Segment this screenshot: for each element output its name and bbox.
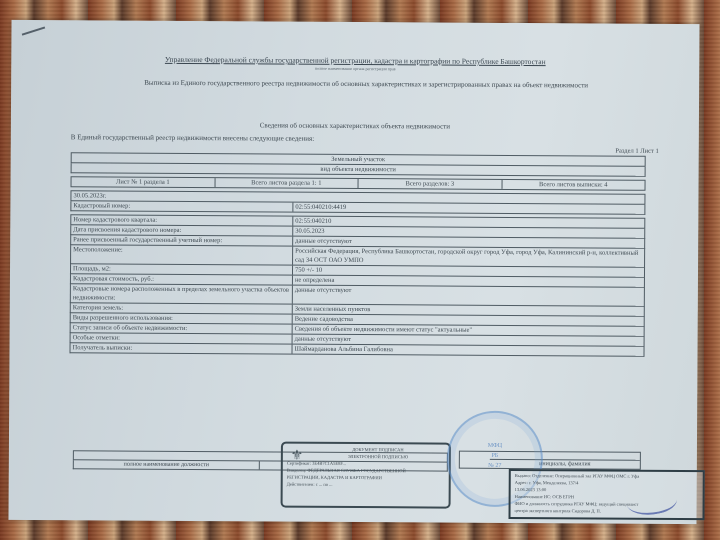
- field-label: Ранее присвоенный государственный учетны…: [71, 235, 293, 245]
- field-label: Категория земель:: [71, 303, 293, 313]
- section-label: Раздел 1 Лист 1: [615, 148, 658, 155]
- intro-text: В Единый государственный реестр недвижим…: [71, 133, 314, 142]
- field-value: Шаймарданова Альбина Галибовна: [293, 345, 644, 356]
- pen-mark: [22, 26, 45, 35]
- header-table: Земельный участок вид объекта недвижимос…: [70, 152, 645, 215]
- field-label: Особые отметки:: [71, 333, 293, 343]
- cadastral-number-row: Кадастровый номер: 02:55:040210:4419: [70, 201, 645, 215]
- field-label: Дата присвоения кадастрового номера:: [71, 225, 293, 235]
- electronic-signature-box: ⚜ ДОКУМЕНТ ПОДПИСАН ЭЛЕКТРОННОЙ ПОДПИСЬЮ…: [281, 442, 451, 509]
- total-sections: Всего разделов: 3: [359, 179, 503, 189]
- position-caption: полное наименование должности: [74, 460, 260, 469]
- coat-of-arms-icon: ⚜: [289, 448, 305, 466]
- field-label: Номер кадастрового квартала:: [71, 215, 293, 225]
- info-title: Сведения об основных характеристиках объ…: [11, 120, 699, 132]
- cadastral-number-label: Кадастровый номер:: [71, 201, 293, 211]
- field-label: Площадь, м2:: [71, 264, 293, 274]
- extract-title: Выписка из Единого государственного реес…: [63, 78, 669, 90]
- stamp-text: РБ: [449, 453, 541, 460]
- registry-extract-document: Управление Федеральной службы государств…: [8, 20, 699, 524]
- field-label: Виды разрешенного использования:: [71, 313, 293, 323]
- field-label: Получатель выписки:: [71, 343, 293, 353]
- sheet-number: Лист № 1 раздела 1: [72, 177, 216, 187]
- ecp-line: Действителен: с ... по ...: [287, 481, 445, 489]
- field-value: данные отсутствуют: [293, 286, 644, 306]
- stamp-text: МФЦ: [449, 443, 541, 450]
- field-value: Российская Федерация, Республика Башкорт…: [293, 247, 644, 267]
- field-label: Кадастровые номера расположенных в преде…: [71, 284, 293, 303]
- field-label: Статус записи об объекте недвижимости:: [71, 323, 293, 333]
- field-row: Получатель выписки: Шаймарданова Альбина…: [69, 343, 644, 357]
- cadastral-number-value: 02:55:040210:4419: [293, 203, 644, 214]
- field-label: Местоположение:: [71, 245, 293, 264]
- field-label: Кадастровая стоимость, руб.:: [71, 274, 293, 284]
- fields-table: Номер кадастрового квартала: 02:55:04021…: [69, 214, 645, 357]
- total-sheets-section: Всего листов раздела 1: 1: [215, 178, 359, 188]
- total-sheets-extract: Всего листов выписки: 4: [502, 180, 645, 190]
